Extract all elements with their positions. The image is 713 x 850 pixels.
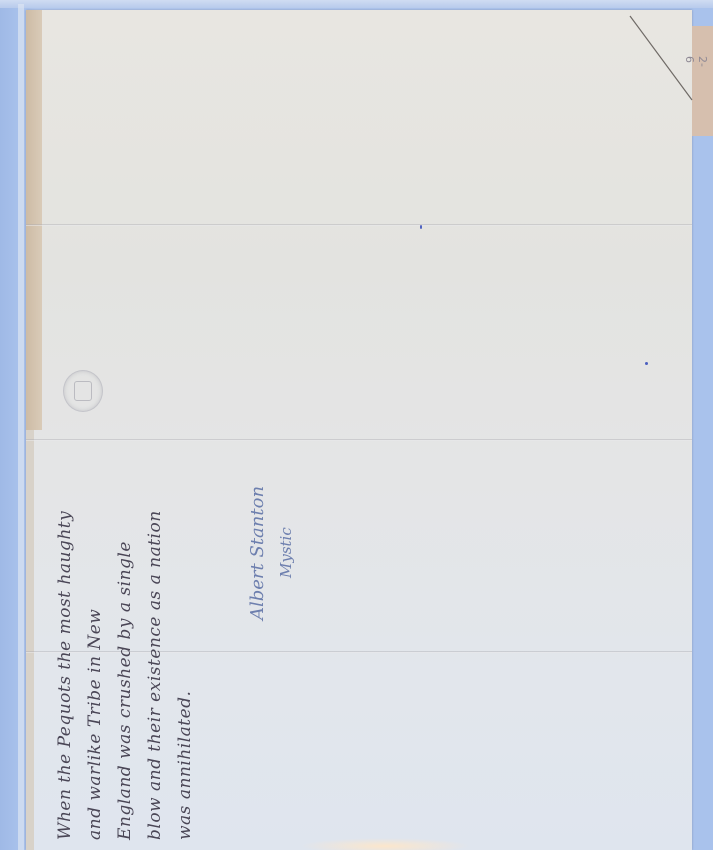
text-line: was annihilated. [170,410,200,840]
ink-speck [420,225,422,229]
signature-block: Albert Stanton Mystic [244,486,300,620]
fold-line [26,224,692,226]
aged-paper-strip-lower [26,430,34,850]
embossed-seal-icon [63,370,103,412]
sleeve-left-edge [18,4,24,850]
signature-place: Mystic [272,486,300,620]
text-line: and warlike Tribe in New [80,410,110,840]
sleeve-top-edge [0,0,713,8]
text-line: blow and their existence as a nation [140,410,170,840]
signature-name: Albert Stanton [244,486,272,620]
handwritten-text: When the Pequots the most haughty and wa… [50,410,200,840]
corner-fold-crease [628,14,694,102]
archive-tab: 2-6 [692,26,713,136]
scan-glare [300,838,470,850]
ink-speck [645,362,648,365]
text-line: When the Pequots the most haughty [50,410,80,840]
aged-paper-strip [26,10,42,430]
text-line: England was crushed by a single [110,410,140,840]
